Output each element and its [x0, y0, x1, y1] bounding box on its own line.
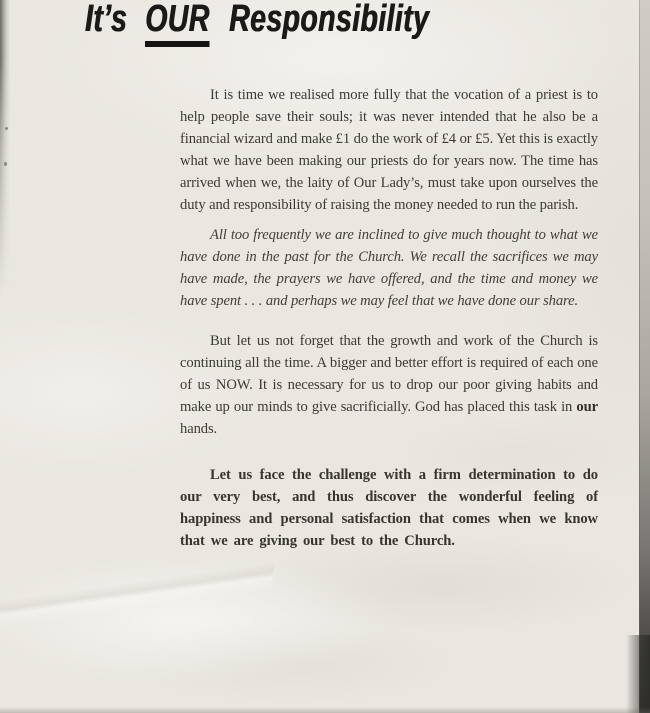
paragraph-challenge: But let us not forget that the growth an…	[180, 330, 598, 440]
page-title: It’sOURResponsibility	[85, 0, 429, 38]
scan-artifact-speck	[4, 162, 7, 166]
paragraph-vocation: It is time we realised more fully that t…	[180, 84, 598, 216]
scanned-document-page: It’sOURResponsibility It is time we real…	[0, 0, 650, 713]
paper-crease	[0, 498, 278, 688]
paragraph-italic-reflection: All too frequently we are inclined to gi…	[180, 224, 598, 312]
paragraph-challenge-text-end: hands.	[180, 421, 217, 437]
title-emphasis-underlined: OUR	[145, 0, 209, 47]
paragraph-challenge-text: But let us not forget that the growth an…	[180, 333, 598, 415]
title-word-its: It’s	[85, 0, 127, 40]
body-text-column: It is time we realised more fully that t…	[180, 84, 598, 552]
paragraph-challenge-bold-word: our	[576, 399, 598, 415]
scan-artifact-speck	[5, 127, 8, 130]
scan-shadow-bottom-edge	[0, 707, 650, 713]
scan-shadow-bottom-right-corner	[626, 635, 650, 713]
title-word-responsibility: Responsibility	[229, 0, 429, 40]
scan-shadow-right-edge	[640, 0, 650, 713]
